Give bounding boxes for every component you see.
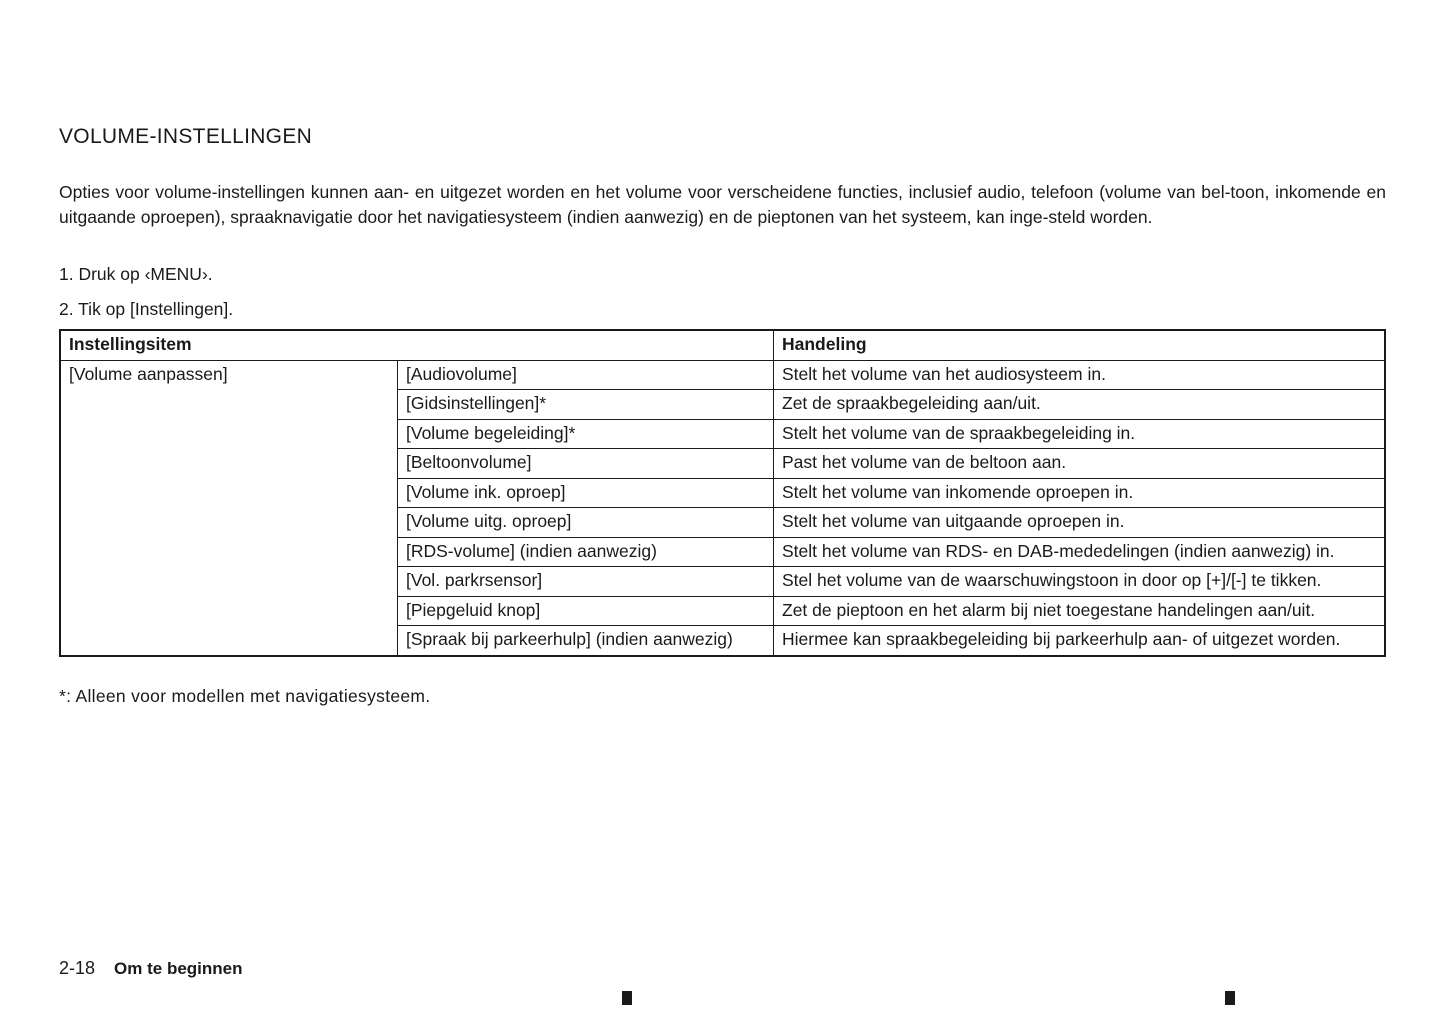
settings-table: Instellingsitem Handeling [Volume aanpas… (59, 329, 1386, 657)
page-number: 2-18 (59, 958, 95, 978)
setting-action: Stelt het volume van inkomende oproepen … (774, 478, 1386, 508)
setting-item: [Piepgeluid knop] (398, 596, 774, 626)
step-2: 2. Tik op [Instellingen]. (59, 299, 233, 320)
setting-item: [Audiovolume] (398, 360, 774, 390)
section-name: Om te beginnen (114, 959, 242, 978)
setting-item: [Volume ink. oproep] (398, 478, 774, 508)
setting-action: Zet de spraakbegeleiding aan/uit. (774, 390, 1386, 420)
footnote: *: Alleen voor modellen met navigatiesys… (59, 686, 430, 707)
setting-action: Stel het volume van de waarschuwingstoon… (774, 567, 1386, 597)
setting-action: Stelt het volume van RDS- en DAB-mededel… (774, 537, 1386, 567)
setting-item: [Volume begeleiding]* (398, 419, 774, 449)
setting-action: Zet de pieptoon en het alarm bij niet to… (774, 596, 1386, 626)
header-action: Handeling (774, 330, 1386, 360)
group-label: [Volume aanpassen] (60, 360, 398, 656)
section-title: VOLUME-INSTELLINGEN (59, 125, 312, 149)
crop-mark (622, 991, 632, 1005)
setting-action: Stelt het volume van uitgaande oproepen … (774, 508, 1386, 538)
setting-item: [Spraak bij parkeerhulp] (indien aanwezi… (398, 626, 774, 656)
step-1: 1. Druk op ‹MENU›. (59, 264, 213, 285)
setting-action: Stelt het volume van de spraakbegeleidin… (774, 419, 1386, 449)
page-footer: 2-18 Om te beginnen (59, 958, 243, 979)
crop-mark (1225, 991, 1235, 1005)
intro-paragraph: Opties voor volume-instellingen kunnen a… (59, 180, 1386, 229)
table-header-row: Instellingsitem Handeling (60, 330, 1385, 360)
setting-action: Past het volume van de beltoon aan. (774, 449, 1386, 479)
setting-action: Hiermee kan spraakbegeleiding bij parkee… (774, 626, 1386, 656)
setting-item: [Volume uitg. oproep] (398, 508, 774, 538)
setting-item: [Beltoonvolume] (398, 449, 774, 479)
table-row: [Volume aanpassen][Audiovolume]Stelt het… (60, 360, 1385, 390)
setting-action: Stelt het volume van het audiosysteem in… (774, 360, 1386, 390)
header-settings-item: Instellingsitem (60, 330, 774, 360)
setting-item: [Vol. parkrsensor] (398, 567, 774, 597)
setting-item: [Gidsinstellingen]* (398, 390, 774, 420)
setting-item: [RDS-volume] (indien aanwezig) (398, 537, 774, 567)
